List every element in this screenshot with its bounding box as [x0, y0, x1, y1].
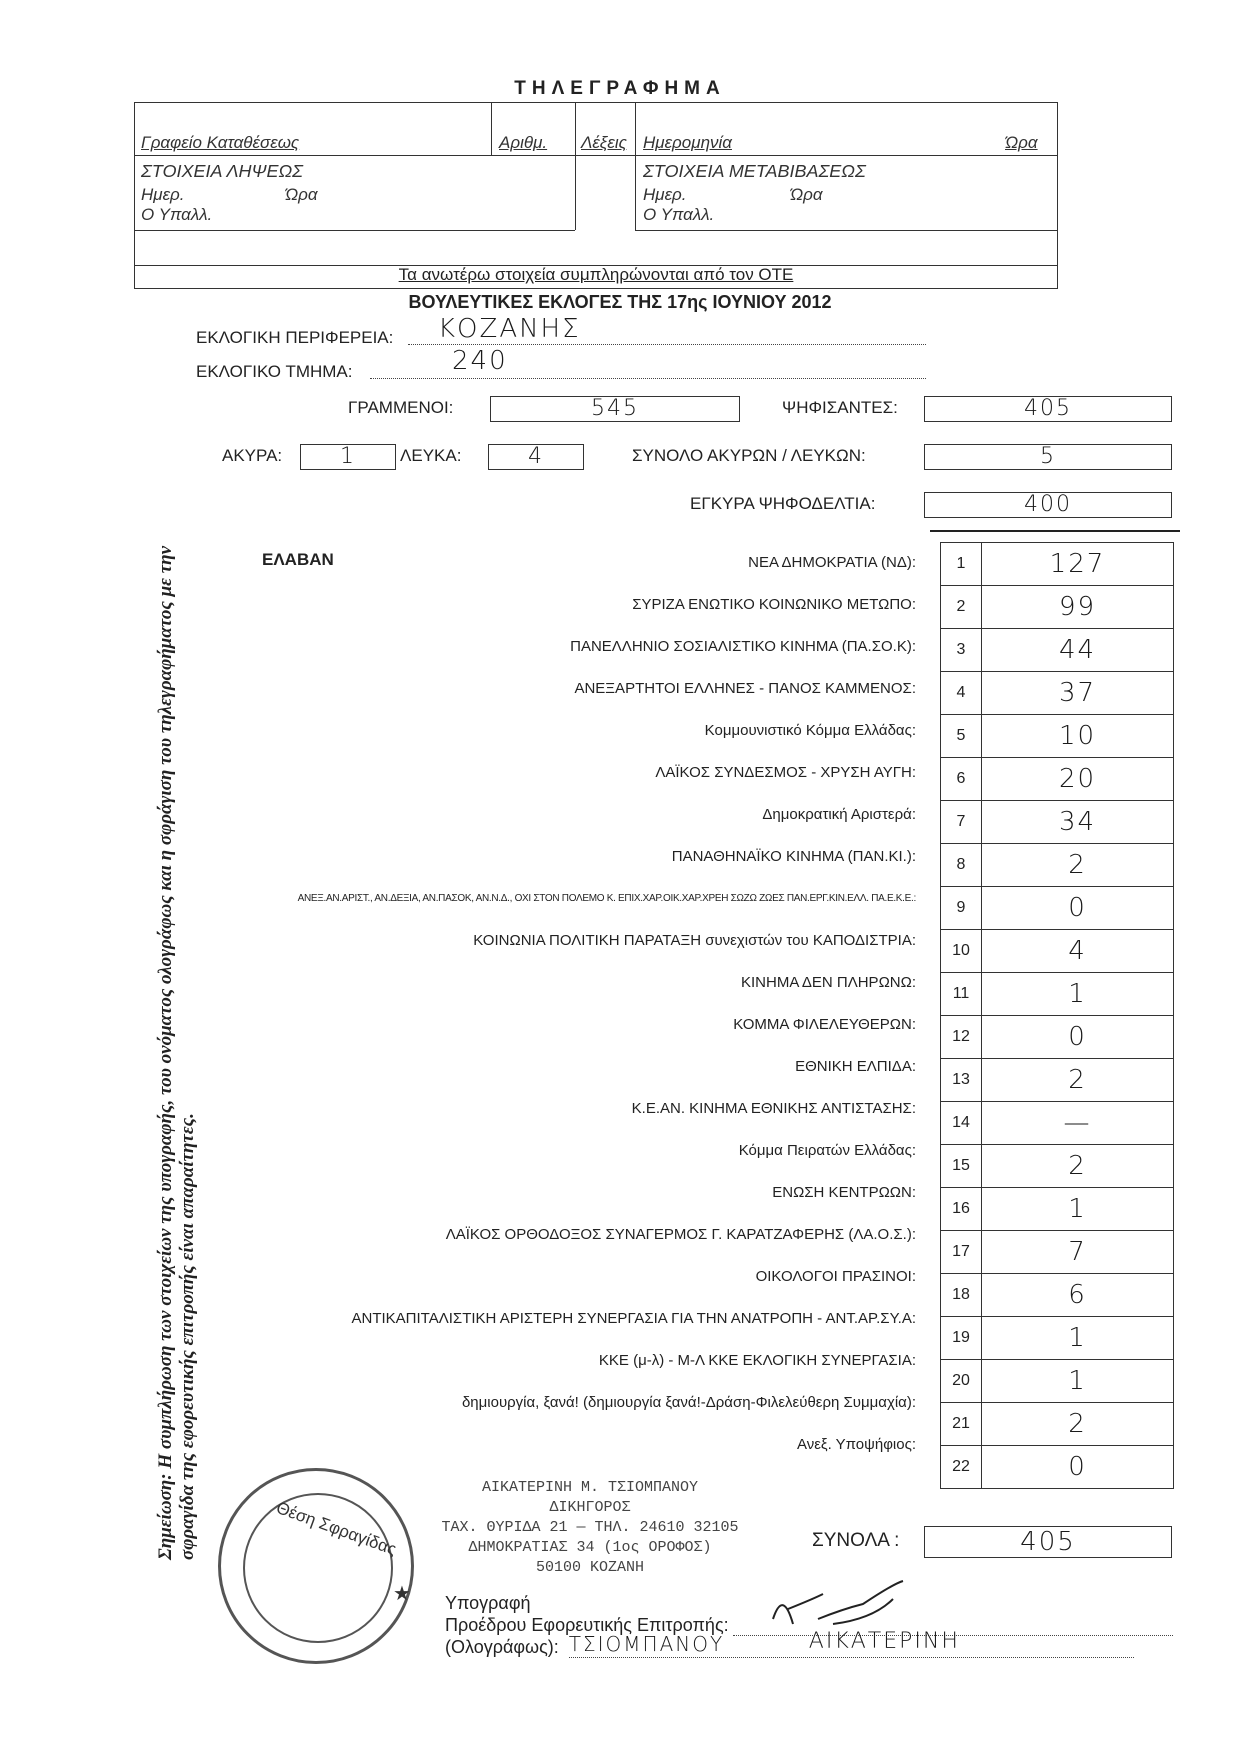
receipt-clerk-label: Ο Υπαλλ. — [141, 205, 212, 225]
table-row: 620 — [941, 758, 1173, 801]
lawyer-stamp-line: 50100 ΚΟΖΑΝΗ — [420, 1558, 760, 1578]
party-votes-field[interactable]: 1 — [982, 1317, 1173, 1359]
table-row: 120 — [941, 1016, 1173, 1059]
party-number: 17 — [941, 1231, 982, 1273]
party-votes-field[interactable]: 2 — [982, 844, 1173, 886]
party-name: ΛΑΪΚΟΣ ΟΡΘΟΔΟΞΟΣ ΣΥΝΑΓΕΡΜΟΣ Γ. ΚΑΡΑΤΖΑΦΕ… — [230, 1214, 916, 1256]
party-name: ΛΑΪΚΟΣ ΣΥΝΔΕΣΜΟΣ - ΧΡΥΣΗ ΑΥΓΗ: — [230, 752, 916, 794]
party-labels: ΝΕΑ ΔΗΜΟΚΡΑΤΙΑ (ΝΔ):ΣΥΡΙΖΑ ΕΝΩΤΙΚΟ ΚΟΙΝΩ… — [230, 542, 916, 1466]
party-name: Κ.Ε.ΑΝ. ΚΙΝΗΜΑ ΕΘΝΙΚΗΣ ΑΝΤΙΣΤΑΣΗΣ: — [230, 1088, 916, 1130]
blank-field[interactable]: 4 — [488, 444, 584, 470]
totals-field[interactable]: 405 — [924, 1526, 1172, 1558]
table-row: 344 — [941, 629, 1173, 672]
words-label: Λέξεις — [581, 133, 627, 153]
party-number: 12 — [941, 1016, 982, 1058]
party-name: ΠΑΝΕΛΛΗΝΙΟ ΣΟΣΙΑΛΙΣΤΙΚΟ ΚΙΝΗΜΑ (ΠΑ.ΣΟ.Κ)… — [230, 626, 916, 668]
party-number: 14 — [941, 1102, 982, 1144]
party-name: ΠΑΝΑΘΗΝΑΪΚΟ ΚΙΝΗΜΑ (ΠΑΝ.ΚΙ.): — [230, 836, 916, 878]
date-label: Ημερομηνία — [643, 133, 732, 153]
transmission-clerk-label: Ο Υπαλλ. — [643, 205, 714, 225]
region-value: ΚΟΖΑΝΗΣ — [438, 314, 581, 344]
party-name: ΚΙΝΗΜΑ ΔΕΝ ΠΛΗΡΩΝΩ: — [230, 962, 916, 1004]
table-row: 191 — [941, 1317, 1173, 1360]
table-row: 90 — [941, 887, 1173, 930]
committee-stamp: Θέση Σφραγίδας ★ — [218, 1468, 414, 1664]
document-title: ΤΗΛΕΓΡΑΦΗΜΑ — [0, 78, 1240, 100]
party-number: 20 — [941, 1360, 982, 1402]
invalid-label: ΑΚΥΡΑ: — [222, 446, 282, 466]
table-row: 186 — [941, 1274, 1173, 1317]
party-votes-field[interactable]: 6 — [982, 1274, 1173, 1316]
party-votes-field[interactable]: 1 — [982, 1360, 1173, 1402]
table-row: 104 — [941, 930, 1173, 973]
election-title: ΒΟΥΛΕΥΤΙΚΕΣ ΕΚΛΟΓΕΣ ΤΗΣ 17ης ΙΟΥΝΙΟΥ 201… — [0, 292, 1240, 313]
party-name: δημιουργία, ξανά! (δημιουργία ξανά!-Δράσ… — [230, 1382, 916, 1424]
party-votes-table: 1127299344437510620734829010411112013214… — [940, 542, 1174, 1489]
party-votes-field[interactable]: 2 — [982, 1145, 1173, 1187]
party-votes-field[interactable]: 10 — [982, 715, 1173, 757]
table-row: 201 — [941, 1360, 1173, 1403]
signature-block: Υπογραφή Προέδρου Εφορευτικής Επιτροπής:… — [445, 1592, 1173, 1658]
invalid-field[interactable]: 1 — [300, 444, 396, 470]
party-number: 21 — [941, 1403, 982, 1445]
receipt-title: ΣΤΟΙΧΕΙΑ ΛΗΨΕΩΣ — [141, 161, 303, 182]
table-row: 299 — [941, 586, 1173, 629]
invalid-blank-total-field[interactable]: 5 — [924, 444, 1172, 470]
party-name: ΣΥΡΙΖΑ ΕΝΩΤΙΚΟ ΚΟΙΝΩΝΙΚΟ ΜΕΤΩΠΟ: — [230, 584, 916, 626]
section-label: ΕΚΛΟΓΙΚΟ ΤΜΗΜΑ: — [196, 362, 353, 382]
party-number: 8 — [941, 844, 982, 886]
star-icon: ★ — [393, 1581, 411, 1606]
party-number: 5 — [941, 715, 982, 757]
lawyer-stamp-line: ΔΙΚΗΓΟΡΟΣ — [420, 1498, 760, 1518]
voted-label: ΨΗΦΙΣΑΝΤΕΣ: — [782, 398, 898, 418]
party-votes-field[interactable]: 0 — [982, 1446, 1173, 1488]
table-row: 734 — [941, 801, 1173, 844]
region-field[interactable]: ΚΟΖΑΝΗΣ — [408, 324, 926, 345]
office-label: Γραφείο Καταθέσεως — [141, 133, 299, 153]
fullname-field[interactable]: ΤΣΙΟΜΠΑΝΟΥ ΑΙΚΑΤΕΡΙΝΗ — [569, 1637, 1134, 1658]
table-row: 510 — [941, 715, 1173, 758]
party-number: 9 — [941, 887, 982, 929]
lawyer-stamp-line: ΤΑΧ. ΘΥΡΙΔΑ 21 — ΤΗΛ. 24610 32105 — [420, 1518, 760, 1538]
party-name: ΟΙΚΟΛΟΓΟΙ ΠΡΑΣΙΝΟΙ: — [230, 1256, 916, 1298]
lawyer-stamp: ΑΙΚΑΤΕΡΙΝΗ Μ. ΤΣΙΟΜΠΑΝΟΥΔΙΚΗΓΟΡΟΣΤΑΧ. ΘΥ… — [420, 1478, 760, 1578]
party-name: ΕΘΝΙΚΗ ΕΛΠΙΔΑ: — [230, 1046, 916, 1088]
party-number: 19 — [941, 1317, 982, 1359]
party-votes-field[interactable]: 127 — [982, 543, 1173, 585]
party-name: ΑΝΤΙΚΑΠΙΤΑΛΙΣΤΙΚΗ ΑΡΙΣΤΕΡΗ ΣΥΝΕΡΓΑΣΙΑ ΓΙ… — [230, 1298, 916, 1340]
party-number: 16 — [941, 1188, 982, 1230]
party-number: 2 — [941, 586, 982, 628]
transmission-time-label: Ώρα — [790, 185, 823, 205]
party-votes-field[interactable]: 0 — [982, 887, 1173, 929]
side-note: Σημείωση: Η συμπλήρωση των στοιχείων της… — [155, 520, 199, 1560]
party-number: 4 — [941, 672, 982, 714]
party-name: ΕΝΩΣΗ ΚΕΝΤΡΩΩΝ: — [230, 1172, 916, 1214]
invalid-blank-total-label: ΣΥΝΟΛΟ ΑΚΥΡΩΝ / ΛΕΥΚΩΝ: — [632, 446, 866, 466]
party-name: ΝΕΑ ΔΗΜΟΚΡΑΤΙΑ (ΝΔ): — [230, 542, 916, 584]
ote-note: Τα ανωτέρω στοιχεία συμπληρώνονται από τ… — [135, 265, 1057, 285]
party-votes-field[interactable]: 4 — [982, 930, 1173, 972]
fullname-label: (Ολογράφως): — [445, 1636, 559, 1658]
table-row: 1127 — [941, 543, 1173, 586]
valid-label: ΕΓΚΥΡΑ ΨΗΦΟΔΕΛΤΙΑ: — [690, 494, 875, 514]
table-row: 220 — [941, 1446, 1173, 1489]
party-votes-field[interactable]: 7 — [982, 1231, 1173, 1273]
party-votes-field[interactable]: 2 — [982, 1403, 1173, 1445]
party-number: 3 — [941, 629, 982, 671]
region-label: ΕΚΛΟΓΙΚΗ ΠΕΡΙΦΕΡΕΙΑ: — [196, 328, 393, 348]
fullname-firstname: ΑΙΚΑΤΕΡΙΝΗ — [809, 1631, 960, 1653]
time-label: Ώρα — [1005, 133, 1038, 153]
divider — [930, 530, 1180, 532]
party-name: ΚΟΙΝΩΝΙΑ ΠΟΛΙΤΙΚΗ ΠΑΡΑΤΑΞΗ συνεχιστών το… — [230, 920, 916, 962]
party-name: ΑΝΕΞ.ΑΝ.ΑΡΙΣΤ., ΑΝ.ΔΕΞΙΑ, ΑΝ.ΠΑΣΟΚ, ΑΝ.Ν… — [230, 878, 916, 920]
party-name: ΚΚΕ (μ-λ) - Μ-Λ ΚΚΕ ΕΚΛΟΓΙΚΗ ΣΥΝΕΡΓΑΣΙΑ: — [230, 1340, 916, 1382]
table-row: 111 — [941, 973, 1173, 1016]
fullname-surname: ΤΣΙΟΜΠΑΝΟΥ — [569, 1633, 724, 1655]
party-votes-field[interactable]: — — [982, 1102, 1173, 1144]
table-row: 152 — [941, 1145, 1173, 1188]
party-number: 15 — [941, 1145, 982, 1187]
party-number: 10 — [941, 930, 982, 972]
party-votes-field[interactable]: 20 — [982, 758, 1173, 800]
lawyer-stamp-line: ΑΙΚΑΤΕΡΙΝΗ Μ. ΤΣΙΟΜΠΑΝΟΥ — [420, 1478, 760, 1498]
table-row: 132 — [941, 1059, 1173, 1102]
registered-field[interactable]: 545 — [490, 396, 740, 422]
party-number: 22 — [941, 1446, 982, 1488]
receipt-date-label: Ημερ. — [141, 185, 185, 205]
party-name: Δημοκρατική Αριστερά: — [230, 794, 916, 836]
party-votes-field[interactable]: 99 — [982, 586, 1173, 628]
party-name: Ανεξ. Υποψήφιος: — [230, 1424, 916, 1466]
party-number: 13 — [941, 1059, 982, 1101]
party-name: ΚΟΜΜΑ ΦΙΛΕΛΕΥΘΕΡΩΝ: — [230, 1004, 916, 1046]
table-row: 177 — [941, 1231, 1173, 1274]
table-row: 437 — [941, 672, 1173, 715]
registered-label: ΓΡΑΜΜΕΝΟΙ: — [348, 398, 453, 418]
telegram-header-box: Γραφείο Καταθέσεως Αριθμ. Λέξεις Ημερομη… — [134, 102, 1058, 289]
party-votes-field[interactable]: 37 — [982, 672, 1173, 714]
party-votes-field[interactable]: 1 — [982, 973, 1173, 1015]
table-row: 161 — [941, 1188, 1173, 1231]
party-name: Κόμμα Πειρατών Ελλάδας: — [230, 1130, 916, 1172]
table-row: 14— — [941, 1102, 1173, 1145]
lawyer-stamp-line: ΔΗΜΟΚΡΑΤΙΑΣ 34 (1ος ΟΡΟΦΟΣ) — [420, 1538, 760, 1558]
number-label: Αριθμ. — [499, 133, 547, 153]
party-votes-field[interactable]: 1 — [982, 1188, 1173, 1230]
party-name: Κομμουνιστικό Κόμμα Ελλάδας: — [230, 710, 916, 752]
party-number: 6 — [941, 758, 982, 800]
party-number: 11 — [941, 973, 982, 1015]
party-name: ΑΝΕΞΑΡΤΗΤΟΙ ΕΛΛΗΝΕΣ - ΠΑΝΟΣ ΚΑΜΜΕΝΟΣ: — [230, 668, 916, 710]
party-number: 1 — [941, 543, 982, 585]
table-row: 82 — [941, 844, 1173, 887]
section-value: 240 — [452, 346, 508, 376]
transmission-title: ΣΤΟΙΧΕΙΑ ΜΕΤΑΒΙΒΑΣΕΩΣ — [643, 161, 866, 182]
totals-label: ΣΥΝΟΛΑ : — [812, 1530, 899, 1552]
table-row: 212 — [941, 1403, 1173, 1446]
party-votes-field[interactable]: 2 — [982, 1059, 1173, 1101]
party-votes-field[interactable]: 34 — [982, 801, 1173, 843]
receipt-time-label: Ώρα — [285, 185, 318, 205]
voted-field[interactable]: 405 — [924, 396, 1172, 422]
party-votes-field[interactable]: 44 — [982, 629, 1173, 671]
valid-field[interactable]: 400 — [924, 492, 1172, 518]
party-votes-field[interactable]: 0 — [982, 1016, 1173, 1058]
section-field[interactable]: 240 — [370, 358, 926, 379]
party-number: 7 — [941, 801, 982, 843]
party-number: 18 — [941, 1274, 982, 1316]
blank-label: ΛΕΥΚΑ: — [400, 446, 461, 466]
transmission-date-label: Ημερ. — [643, 185, 687, 205]
